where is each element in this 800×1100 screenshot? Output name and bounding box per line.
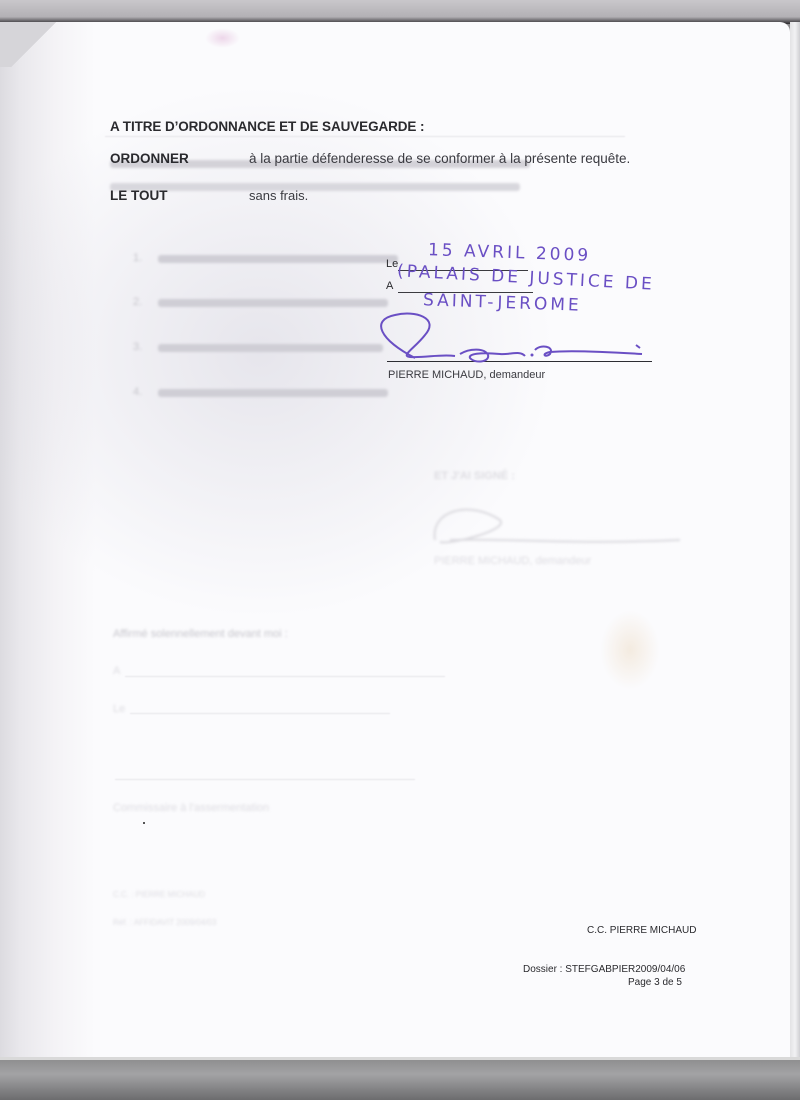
signer-name: PIERRE MICHAUD, demandeur (388, 369, 545, 381)
ghost-paragraph-line (110, 183, 520, 191)
ghost-le-label: Le (113, 703, 125, 715)
ghost-list-text (158, 255, 398, 263)
ghost-rule (130, 713, 390, 714)
ghost-list-number: 2. (133, 296, 142, 308)
ghost-signature (430, 500, 690, 550)
clause-term-ordonner: ORDONNER (110, 151, 189, 166)
handwritten-signature (370, 310, 670, 370)
ghost-rule (105, 136, 625, 137)
speck (143, 822, 145, 824)
footer-cc: C.C. PIERRE MICHAUD (587, 925, 696, 936)
ghost-ref: Réf. : AFFIDAVIT 2009/04/03 (113, 918, 216, 927)
ghost-list-text (158, 344, 383, 352)
ghost-rule (115, 779, 415, 780)
ghost-rule (125, 676, 445, 677)
scanner-bed-bottom (0, 1057, 800, 1100)
paper-stain (600, 610, 660, 690)
ghost-signer: PIERRE MICHAUD, demandeur (434, 555, 591, 567)
page-right-edge (790, 22, 800, 1058)
clause-term-le-tout: LE TOUT (110, 188, 168, 203)
clause-text-ordonner: à la partie défenderesse de se conformer… (249, 151, 630, 166)
ghost-affirm-label: Affirmé solennellement devant moi : (113, 628, 288, 640)
ghost-list-number: 1. (133, 252, 142, 264)
place-label: A (386, 280, 393, 292)
footer-page-number: Page 3 de 5 (628, 977, 682, 988)
section-heading: A TITRE D’ORDONNANCE ET DE SAUVEGARDE : (110, 119, 424, 134)
ink-smudge (205, 28, 240, 48)
folded-corner (0, 22, 68, 67)
ghost-list-text (158, 389, 388, 397)
scanner-bed-top (0, 0, 800, 24)
ghost-list-number: 4. (133, 386, 142, 398)
ghost-a-label: A (113, 665, 120, 677)
ghost-signed-label: ET J'AI SIGNÉ : (434, 470, 515, 482)
clause-text-le-tout: sans frais. (249, 188, 308, 203)
footer-dossier: Dossier : STEFGABPIER2009/04/06 (523, 964, 685, 975)
ghost-commissioner-label: Commissaire à l'assermentation (113, 802, 269, 814)
ghost-list-text (158, 299, 388, 307)
ghost-list-number: 3. (133, 341, 142, 353)
ghost-cc: C.C. : PIERRE MICHAUD (113, 890, 205, 899)
